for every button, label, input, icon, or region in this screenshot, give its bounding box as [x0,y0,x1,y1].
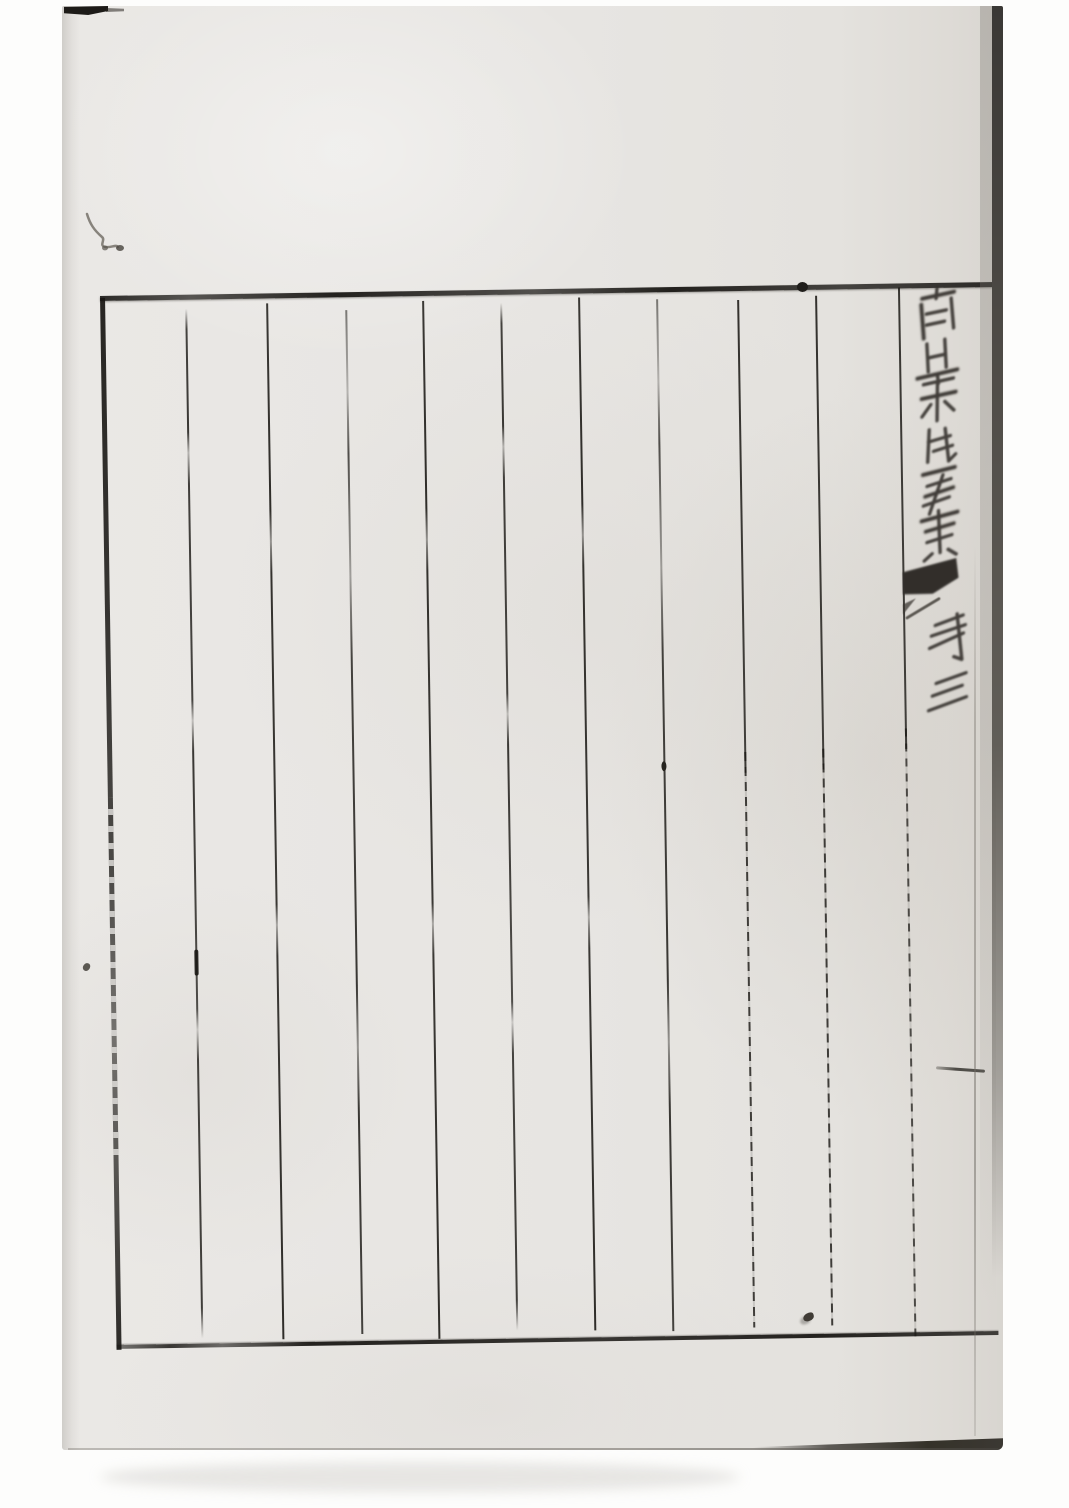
column-line-7-ink-blob [661,761,666,771]
fold-crease-line [974,546,976,1436]
gutter-shadow [992,6,1003,1278]
frame-bottom-border [116,1331,998,1349]
top-border-ink-blob [797,282,808,292]
paper-sheet: 商丘宋氏家乘 卷三 [62,6,1003,1450]
scanner-shadow-band [100,1462,740,1492]
column-line-2 [266,303,284,1339]
paper-bottom-edge [68,1448,998,1450]
column-line-4 [422,301,440,1339]
frame-top-border [100,282,1003,301]
banxin-title: 商丘宋氏家乘 [912,288,976,569]
column-line-1-thick-segment [194,950,198,976]
column-line-9 [815,296,833,1326]
column-line-6 [578,297,596,1330]
column-line-1 [185,309,203,1339]
text-frame: 商丘宋氏家乘 卷三 [100,282,1003,1350]
frame-left-border [100,298,122,1350]
left-margin-ink-dot [82,962,91,972]
paper-left-edge-shading [62,6,80,1450]
column-line-8 [737,300,755,1328]
banxin-volume: 卷三 [925,614,987,725]
column-line-3 [345,310,363,1334]
scanned-book-page: 商丘宋氏家乘 卷三 [0,0,1069,1508]
top-left-ink-tick [64,6,108,15]
column-line-5 [500,303,518,1331]
smudge-mark [80,202,140,262]
top-left-ink-tick-tail [106,8,124,12]
column-line-7 [656,299,674,1331]
